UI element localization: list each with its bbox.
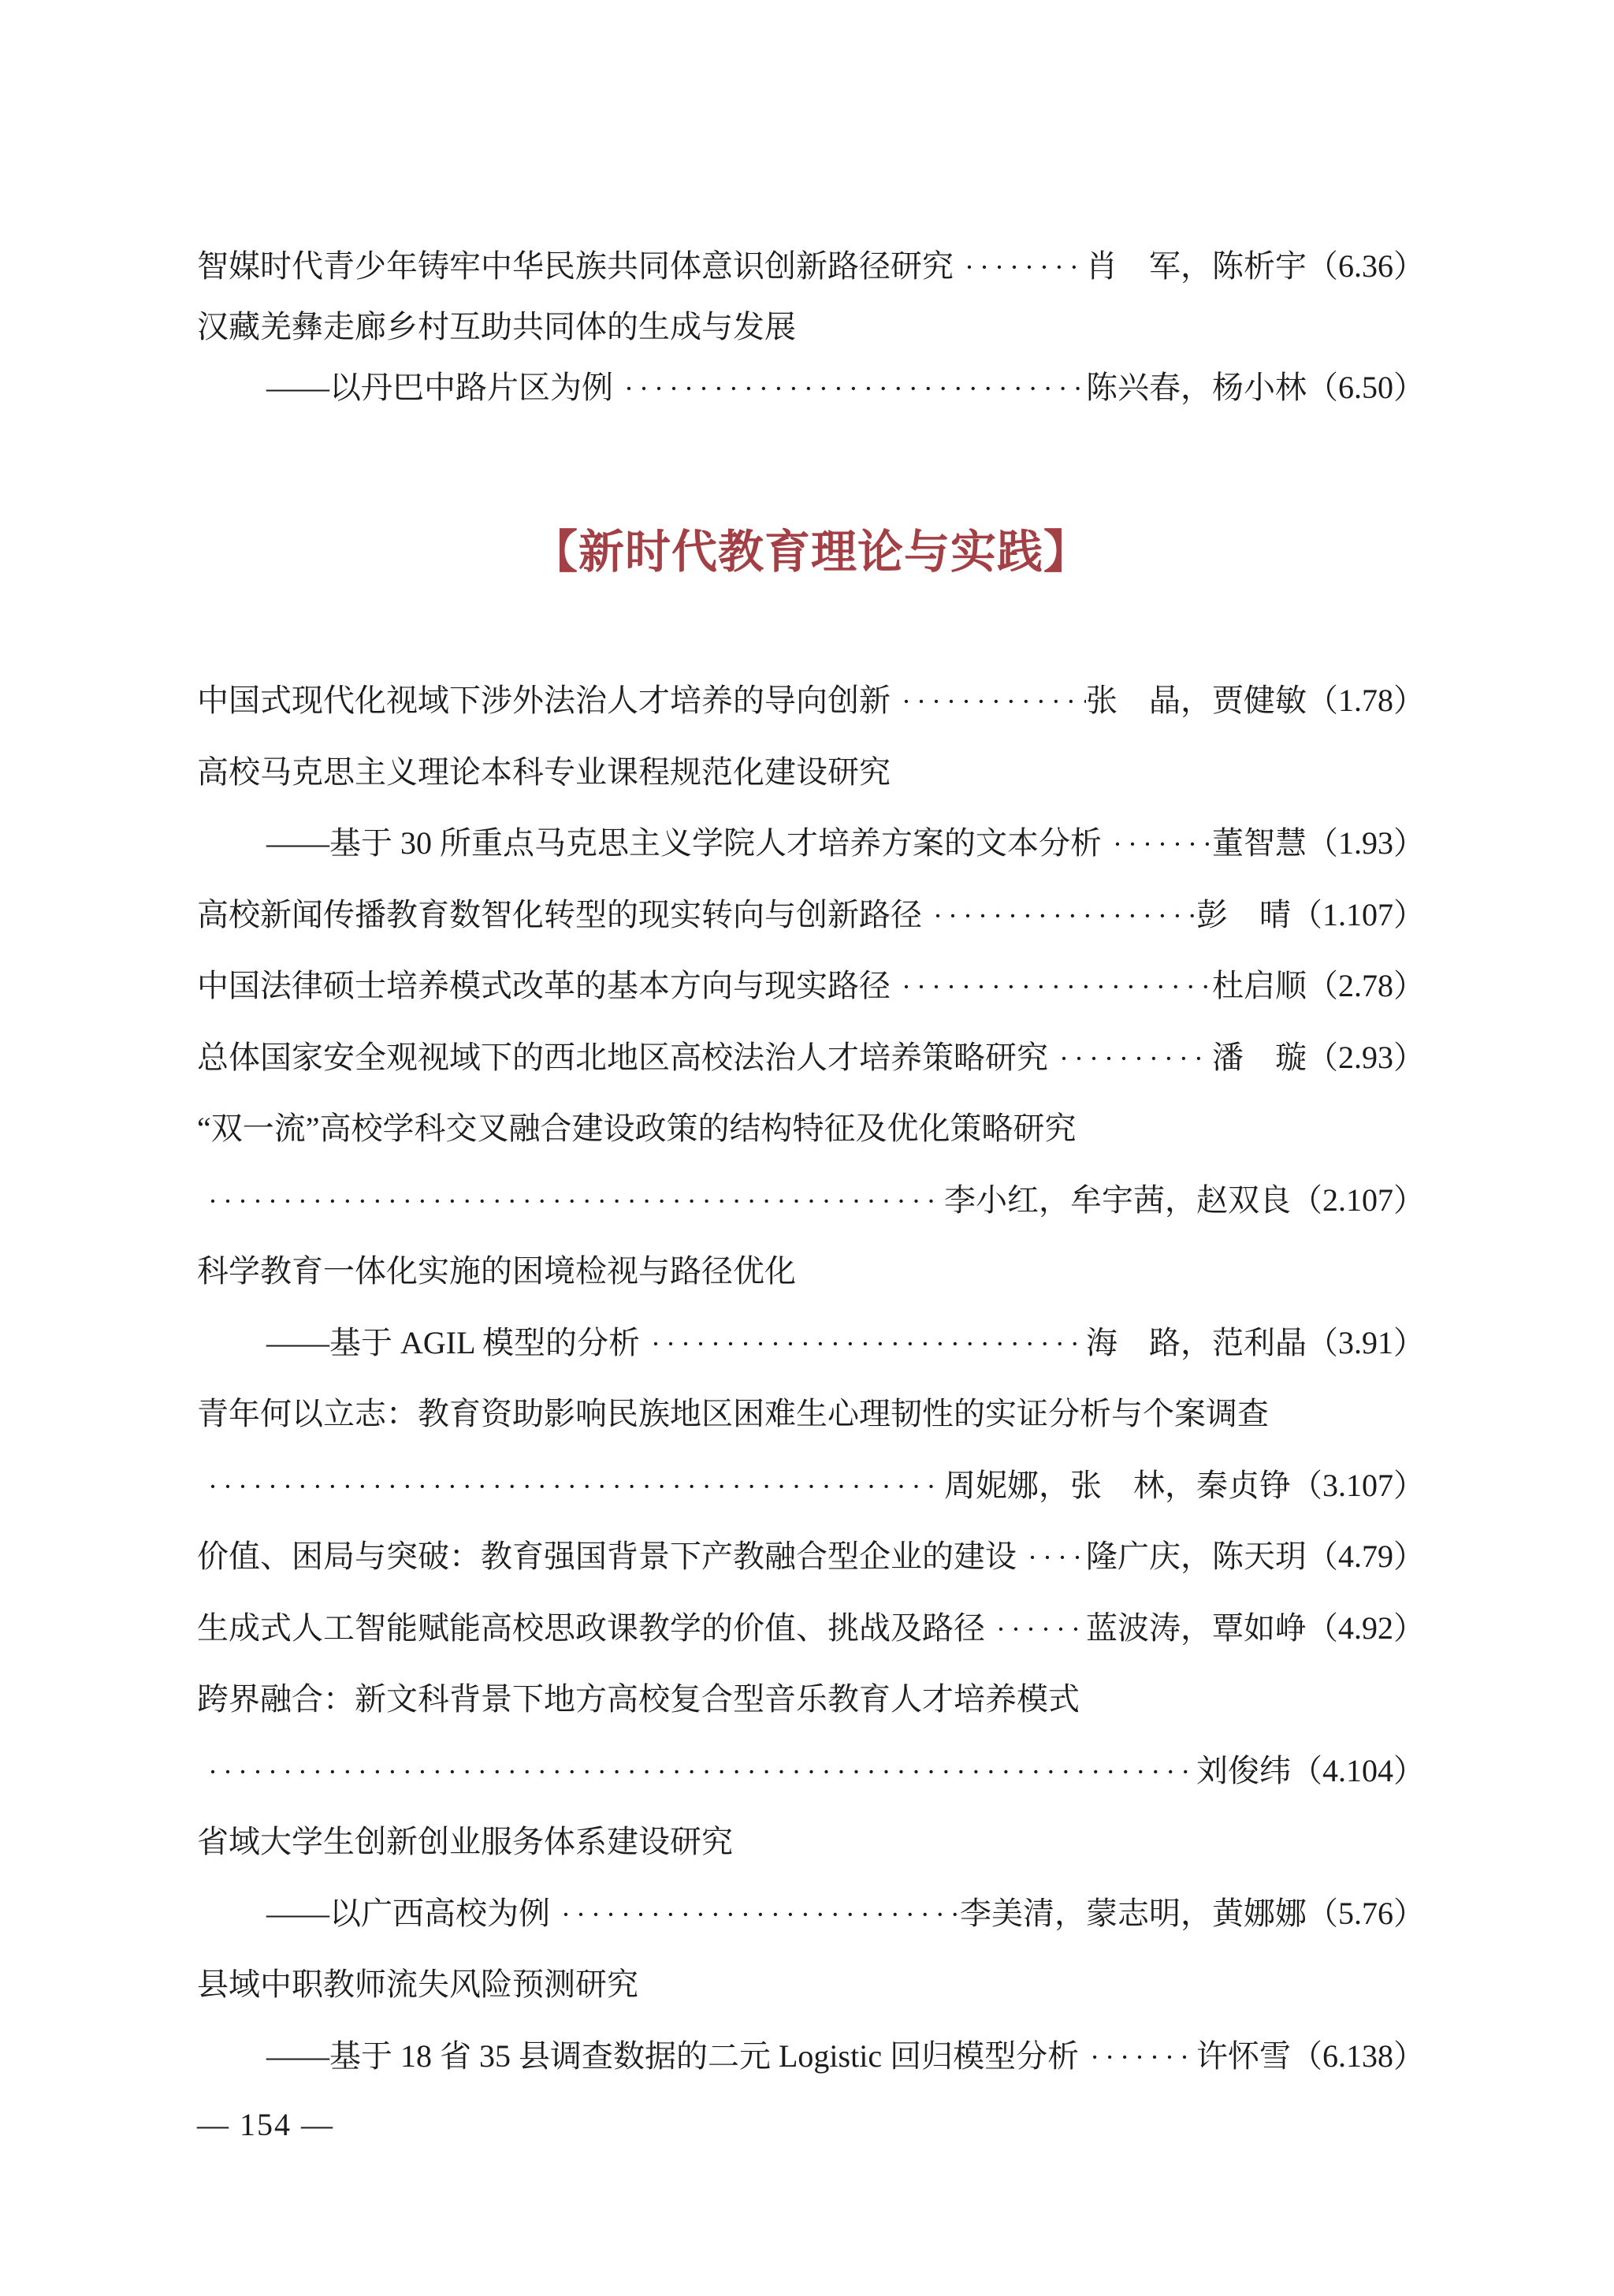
- toc-entry: ——以丹巴中路片区为例·····························…: [197, 357, 1425, 418]
- entry-title: ——基于 30 所重点马克思主义学院人才培养方案的文本分析: [197, 808, 1102, 880]
- entry-authors-pageref: 周妮娜，张 林，秦贞铮（3.107）: [944, 1450, 1425, 1522]
- entry-authors-pageref: 董智慧（1.93）: [1212, 808, 1425, 880]
- entry-title: 高校新闻传播教育数智化转型的现实转向与创新路径: [197, 880, 922, 951]
- entry-title: 跨界融合：新文科背景下地方高校复合型音乐教育人才培养模式: [197, 1664, 1080, 1736]
- entry-title: 总体国家安全观视域下的西北地区高校法治人才培养策略研究: [197, 1022, 1048, 1094]
- leader-dots: ········································…: [891, 666, 1086, 738]
- toc-entry: 跨界融合：新文科背景下地方高校复合型音乐教育人才培养模式: [197, 1664, 1425, 1736]
- entry-title: 青年何以立志：教育资助影响民族地区困难生心理韧性的实证分析与个案调查: [197, 1379, 1269, 1450]
- entry-authors-pageref: 蓝波涛，覃如峥（4.92）: [1086, 1593, 1425, 1665]
- toc-entry: 智媒时代青少年铸牢中华民族共同体意识创新路径研究················…: [197, 236, 1425, 296]
- leader-dots: ········································…: [1017, 1522, 1086, 1594]
- leader-dots: ········································…: [1079, 2022, 1196, 2093]
- entry-authors-pageref: 张 晶，贾健敏（1.78）: [1086, 665, 1425, 737]
- toc-entry: ——以广西高校为例·······························…: [197, 1878, 1425, 1950]
- toc-entry: ········································…: [197, 1165, 1425, 1237]
- toc-entry: ········································…: [197, 1450, 1425, 1522]
- section-header: 【新时代教育理论与实践】: [197, 524, 1425, 581]
- toc-entry: ········································…: [197, 1736, 1425, 1807]
- entry-title: 中国法律硕士培养模式改革的基本方向与现实路径: [197, 951, 891, 1022]
- leader-dots: ········································…: [891, 951, 1212, 1023]
- entry-title: “双一流”高校学科交叉融合建设政策的结构特征及优化策略研究: [197, 1093, 1077, 1165]
- leader-dots: ········································…: [197, 1451, 944, 1523]
- entry-authors-pageref: 肖 军，陈析宇（6.36）: [1086, 236, 1425, 296]
- toc-content: 智媒时代青少年铸牢中华民族共同体意识创新路径研究················…: [197, 0, 1425, 2092]
- leader-dots: ········································…: [197, 1166, 944, 1237]
- entry-authors-pageref: 陈兴春，杨小林（6.50）: [1086, 357, 1425, 418]
- toc-entry: ——基于 18 省 35 县调查数据的二元 Logistic 回归模型分析···…: [197, 2021, 1425, 2093]
- entry-title: 中国式现代化视域下涉外法治人才培养的导向创新: [197, 665, 891, 737]
- entry-title: 科学教育一体化实施的困境检视与路径优化: [197, 1236, 796, 1308]
- entry-authors-pageref: 彭 晴（1.107）: [1196, 880, 1425, 951]
- leader-dots: ········································…: [922, 880, 1196, 952]
- entry-title: 高校马克思主义理论本科专业课程规范化建设研究: [197, 737, 891, 809]
- toc-entry: “双一流”高校学科交叉融合建设政策的结构特征及优化策略研究: [197, 1093, 1425, 1165]
- toc-entry: 青年何以立志：教育资助影响民族地区困难生心理韧性的实证分析与个案调查: [197, 1379, 1425, 1450]
- entry-authors-pageref: 隆广庆，陈天玥（4.79）: [1086, 1521, 1425, 1593]
- toc-entry: ——基于 AGIL 模型的分析·························…: [197, 1308, 1425, 1379]
- entry-authors-pageref: 李小红，牟宇茜，赵双良（2.107）: [944, 1165, 1425, 1237]
- toc-entry: 中国法律硕士培养模式改革的基本方向与现实路径··················…: [197, 951, 1425, 1022]
- toc-entry: ——基于 30 所重点马克思主义学院人才培养方案的文本分析···········…: [197, 808, 1425, 880]
- entry-authors-pageref: 李美清，蒙志明，黄娜娜（5.76）: [960, 1878, 1425, 1950]
- entry-title: 省域大学生创新创业服务体系建设研究: [197, 1807, 733, 1878]
- entry-authors-pageref: 杜启顺（2.78）: [1212, 951, 1425, 1022]
- leader-dots: ········································…: [550, 1879, 960, 1951]
- footer-page-number: — 154 —: [197, 2106, 334, 2143]
- entry-authors-pageref: 潘 璇（2.93）: [1212, 1022, 1425, 1094]
- toc-entries-section: 中国式现代化视域下涉外法治人才培养的导向创新··················…: [197, 665, 1425, 2092]
- toc-entry: 省域大学生创新创业服务体系建设研究: [197, 1807, 1425, 1878]
- leader-dots: ········································…: [954, 237, 1086, 298]
- entry-authors-pageref: 海 路，范利晶（3.91）: [1086, 1308, 1425, 1379]
- leader-dots: ········································…: [1048, 1023, 1212, 1095]
- entry-title: 县域中职教师流失风险预测研究: [197, 1949, 638, 2021]
- leader-dots: ········································…: [985, 1594, 1086, 1665]
- entry-title: 生成式人工智能赋能高校思政课教学的价值、挑战及路径: [197, 1593, 985, 1665]
- toc-entry: 汉藏羌彝走廊乡村互助共同体的生成与发展: [197, 296, 1425, 357]
- entry-authors-pageref: 刘俊纬（4.104）: [1196, 1736, 1425, 1807]
- leader-dots: ········································…: [640, 1308, 1086, 1380]
- toc-entry: 总体国家安全观视域下的西北地区高校法治人才培养策略研究·············…: [197, 1022, 1425, 1094]
- leader-dots: ········································…: [613, 359, 1086, 419]
- entry-title: 智媒时代青少年铸牢中华民族共同体意识创新路径研究: [197, 236, 954, 296]
- toc-entry: 价值、困局与突破：教育强国背景下产教融合型企业的建设··············…: [197, 1521, 1425, 1593]
- toc-entry: 高校马克思主义理论本科专业课程规范化建设研究: [197, 737, 1425, 809]
- entry-title: ——基于 18 省 35 县调查数据的二元 Logistic 回归模型分析: [197, 2021, 1079, 2093]
- leader-dots: ········································…: [197, 1736, 1196, 1808]
- toc-entry: 生成式人工智能赋能高校思政课教学的价值、挑战及路径···············…: [197, 1593, 1425, 1665]
- leader-dots: ········································…: [1102, 809, 1212, 880]
- entry-title: ——基于 AGIL 模型的分析: [197, 1308, 640, 1379]
- toc-entry: 高校新闻传播教育数智化转型的现实转向与创新路径·················…: [197, 880, 1425, 951]
- entry-title: ——以丹巴中路片区为例: [197, 357, 613, 418]
- toc-top-section: 智媒时代青少年铸牢中华民族共同体意识创新路径研究················…: [197, 236, 1425, 418]
- toc-entry: 科学教育一体化实施的困境检视与路径优化: [197, 1236, 1425, 1308]
- toc-entry: 县域中职教师流失风险预测研究: [197, 1949, 1425, 2021]
- journal-toc-page: 智媒时代青少年铸牢中华民族共同体意识创新路径研究················…: [0, 0, 1614, 2296]
- toc-entry: 中国式现代化视域下涉外法治人才培养的导向创新··················…: [197, 665, 1425, 737]
- entry-authors-pageref: 许怀雪（6.138）: [1196, 2021, 1425, 2093]
- entry-title: ——以广西高校为例: [197, 1878, 550, 1950]
- entry-title: 价值、困局与突破：教育强国背景下产教融合型企业的建设: [197, 1521, 1017, 1593]
- entry-title: 汉藏羌彝走廊乡村互助共同体的生成与发展: [197, 296, 796, 357]
